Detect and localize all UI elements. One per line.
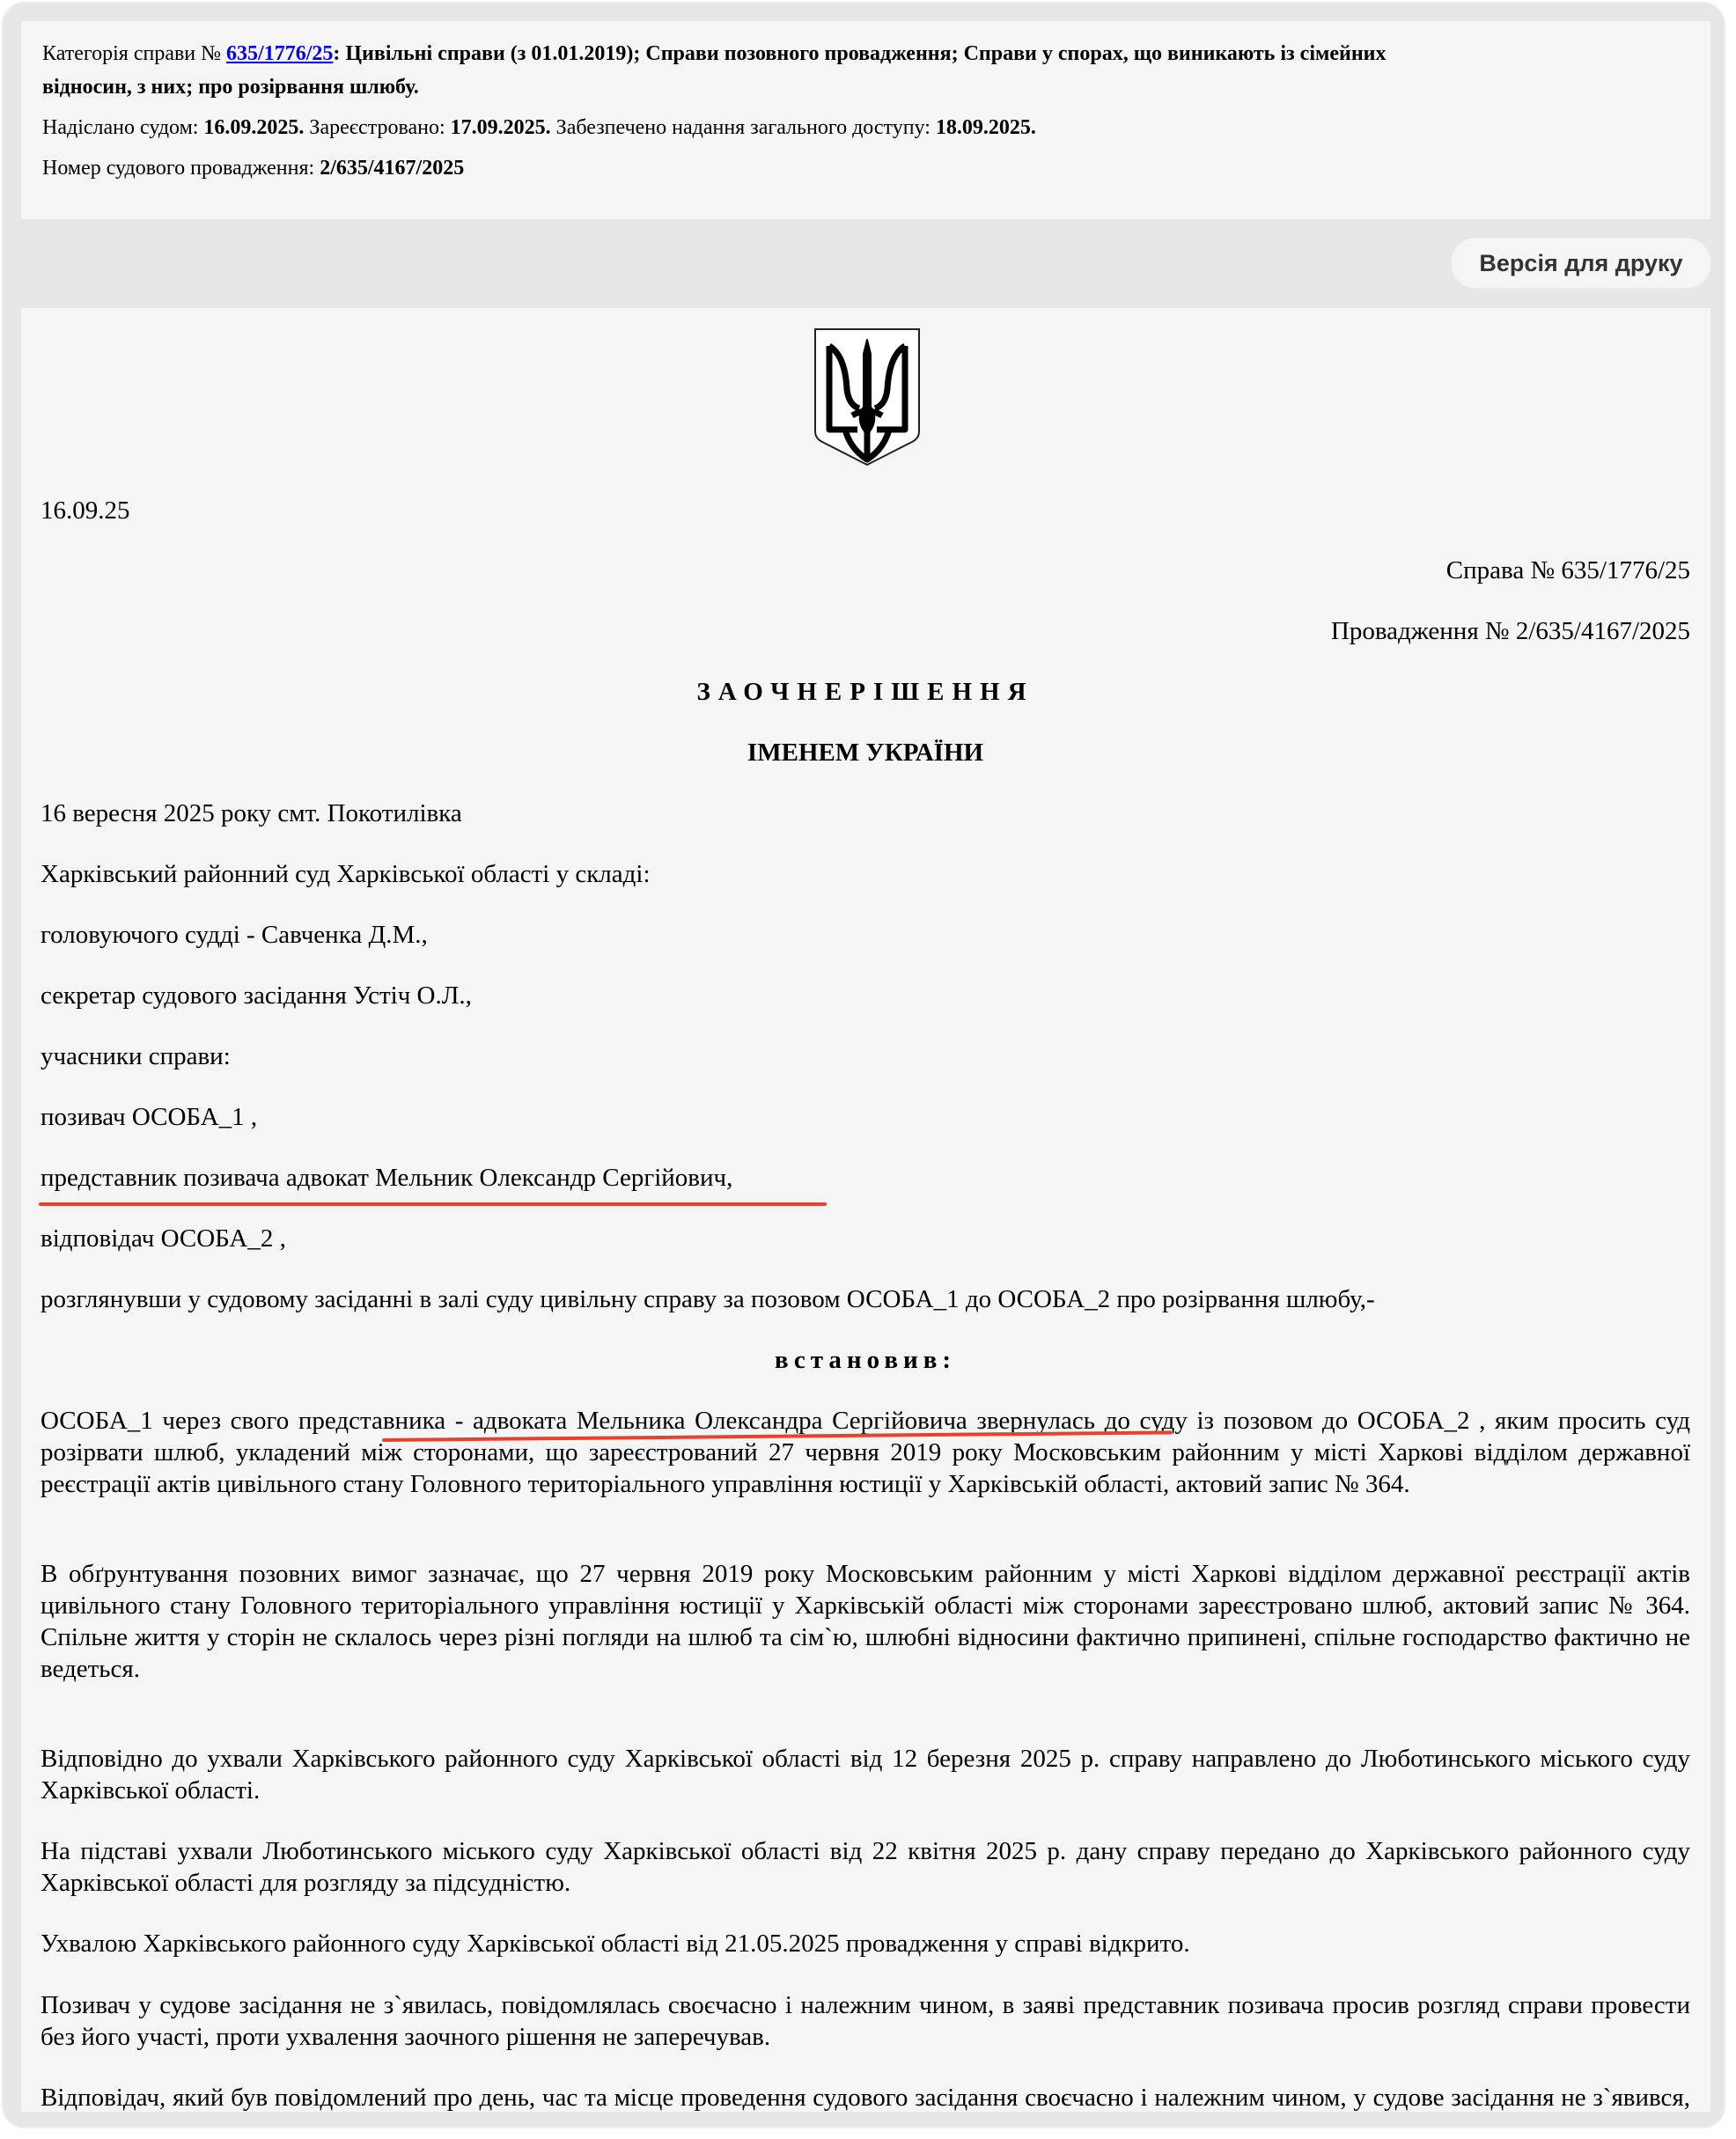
case-number-link[interactable]: 635/1776/25 bbox=[226, 42, 333, 65]
document-title: ЗАОЧНЕРІШЕННЯ bbox=[40, 676, 1690, 708]
category-value: : Цивільні справи (з 01.01.2019); Справи… bbox=[333, 42, 1386, 65]
registered-label: Зареєстровано: bbox=[304, 116, 450, 139]
paragraph-referral: Відповідно до ухвали Харківського районн… bbox=[40, 1743, 1690, 1806]
considered-statement: розглянувши у судовому засіданні в залі … bbox=[40, 1283, 1690, 1315]
proceeding-label: Номер судового провадження: bbox=[42, 157, 320, 180]
paragraph-grounds: В обґрунтування позовних вимог зазначає,… bbox=[40, 1558, 1690, 1685]
court-name: Харківський районний суд Харківської обл… bbox=[40, 858, 1690, 890]
paragraph-plaintiff-absent: Позивач у судове засідання не з`явилась,… bbox=[40, 1989, 1690, 2053]
plaintiff: позивач ОСОБА_1 , bbox=[40, 1101, 1690, 1133]
paragraph-defendant-absent: Відповідач, який був повідомлений про де… bbox=[40, 2082, 1690, 2112]
case-meta-panel: Категорія справи № 635/1776/25: Цивільні… bbox=[21, 21, 1710, 219]
document-panel: 16.09.25 Справа № 635/1776/25 Провадженн… bbox=[21, 308, 1710, 2112]
paragraph-opened: Ухвалою Харківського районного суду Харк… bbox=[40, 1928, 1690, 1959]
case-category: Категорія справи № 635/1776/25: Цивільні… bbox=[42, 40, 1387, 67]
established-heading: встановив: bbox=[40, 1344, 1690, 1376]
access-label: Забезпечено надання загального доступу: bbox=[551, 116, 936, 139]
place-date: 16 вересня 2025 року смт. Покотилівка bbox=[40, 798, 1690, 829]
category-label: Категорія справи № bbox=[42, 42, 226, 65]
participants-label: учасники справи: bbox=[40, 1040, 1690, 1072]
proceeding-number: 2/635/4167/2025 bbox=[320, 157, 464, 180]
document-subtitle: ІМЕНЕМ УКРАЇНИ bbox=[40, 737, 1690, 768]
page-frame: Категорія справи № 635/1776/25: Цивільні… bbox=[2, 2, 1725, 2128]
print-version-button[interactable]: Версія для друку bbox=[1451, 238, 1711, 289]
highlight-underline-representative bbox=[39, 1202, 827, 1206]
paragraph-claim: ОСОБА_1 через свого представника - адвок… bbox=[40, 1405, 1690, 1500]
case-number-line: Справа № 635/1776/25 bbox=[40, 555, 1690, 586]
proceeding-number-row: Номер судового провадження: 2/635/4167/2… bbox=[42, 155, 464, 181]
registered-date: 17.09.2025. bbox=[451, 116, 551, 139]
paragraph-transfer: На підставі ухвали Люботинського міськог… bbox=[40, 1835, 1690, 1899]
ukraine-coat-of-arms-icon bbox=[813, 327, 921, 468]
case-category-cont: відносин, з них; про розірвання шлюбу. bbox=[42, 74, 419, 100]
defendant: відповідач ОСОБА_2 , bbox=[40, 1223, 1690, 1254]
document-date: 16.09.25 bbox=[40, 495, 1690, 526]
sent-date: 16.09.2025. bbox=[203, 116, 304, 139]
access-date: 18.09.2025. bbox=[936, 116, 1036, 139]
plaintiff-representative: представник позивача адвокат Мельник Оле… bbox=[40, 1162, 1690, 1194]
presiding-judge: головуючого судді - Савченка Д.М., bbox=[40, 919, 1690, 951]
sent-label: Надіслано судом: bbox=[42, 116, 203, 139]
court-secretary: секретар судового засідання Устіч О.Л., bbox=[40, 980, 1690, 1011]
category-value-cont: відносин, з них; про розірвання шлюбу. bbox=[42, 76, 419, 99]
case-dates: Надіслано судом: 16.09.2025. Зареєстрова… bbox=[42, 114, 1036, 141]
proceeding-line: Провадження № 2/635/4167/2025 bbox=[40, 615, 1690, 647]
